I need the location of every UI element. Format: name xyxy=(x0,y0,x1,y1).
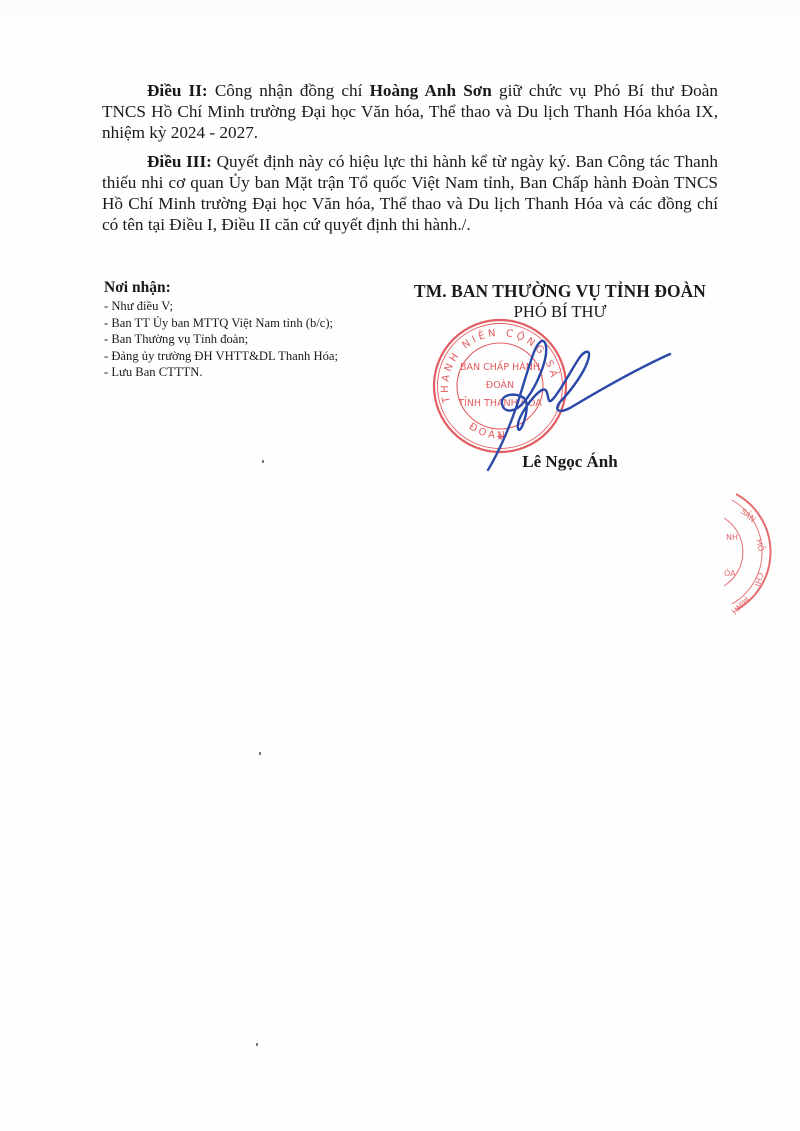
article-2: Điều II: Công nhận đồng chí Hoàng Anh Sơ… xyxy=(102,80,718,143)
recipient-item: - Ban Thường vụ Tỉnh đoàn; xyxy=(104,331,394,348)
article-3-label: Điều III: xyxy=(147,152,212,171)
edge-seal-fragment: NH xyxy=(726,533,738,542)
partial-edge-seal-icon: SẢN HỒ CHÍ MINH NH ÓA xyxy=(722,488,800,616)
signer-name: Lê Ngọc Ánh xyxy=(470,452,670,472)
recipients-title: Nơi nhận: xyxy=(104,279,394,297)
appointee-name: Hoàng Anh Sơn xyxy=(370,81,492,100)
recipient-item: - Ban TT Ủy ban MTTQ Việt Nam tỉnh (b/c)… xyxy=(104,315,394,332)
recipients-list: - Như điều V; - Ban TT Ủy ban MTTQ Việt … xyxy=(104,298,394,381)
recipient-item: - Lưu Ban CTTTN. xyxy=(104,364,394,381)
recipient-item: - Như điều V; xyxy=(104,298,394,315)
scan-speck xyxy=(259,752,261,755)
scan-speck xyxy=(262,460,264,463)
edge-seal-fragment: ÓA xyxy=(724,567,736,578)
scan-speck xyxy=(256,1043,258,1046)
decision-articles: Điều II: Công nhận đồng chí Hoàng Anh Sơ… xyxy=(102,80,718,235)
article-3: Điều III: Quyết định này có hiệu lực thi… xyxy=(102,151,718,235)
recipients-block: Nơi nhận: - Như điều V; - Ban TT Ủy ban … xyxy=(104,279,394,381)
signing-organization: TM. BAN THƯỜNG VỤ TỈNH ĐOÀN xyxy=(395,281,725,301)
article-2-label: Điều II: xyxy=(147,81,208,100)
edge-seal-fragment: HỒ xyxy=(754,537,769,552)
article-2-text-a: Công nhận đồng chí xyxy=(208,81,370,100)
edge-seal-fragment: SẢN xyxy=(739,505,759,524)
recipient-item: - Đảng ủy trường ĐH VHTT&DL Thanh Hóa; xyxy=(104,348,394,365)
